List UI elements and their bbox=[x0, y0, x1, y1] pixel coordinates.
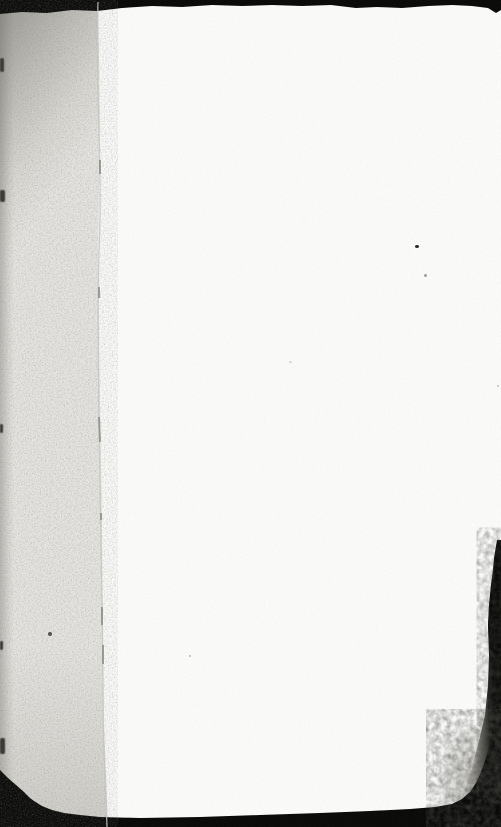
gutter-edge-mark bbox=[0, 190, 5, 202]
ink-speck bbox=[289, 361, 292, 363]
scan-stage bbox=[0, 0, 501, 827]
gutter-edge-mark bbox=[0, 424, 3, 433]
ink-speck bbox=[189, 655, 191, 657]
ink-speck bbox=[415, 245, 419, 248]
gutter-edge-mark bbox=[0, 738, 5, 754]
facing-page-edge bbox=[0, 0, 112, 827]
gutter-edge-mark bbox=[0, 641, 3, 650]
ink-speck bbox=[497, 385, 499, 387]
ink-speck bbox=[48, 632, 52, 636]
ink-speck bbox=[424, 274, 427, 277]
gutter-corner-shadow bbox=[0, 0, 112, 260]
gutter-edge-mark bbox=[0, 58, 4, 72]
fore-edge-dark-core bbox=[486, 565, 500, 650]
